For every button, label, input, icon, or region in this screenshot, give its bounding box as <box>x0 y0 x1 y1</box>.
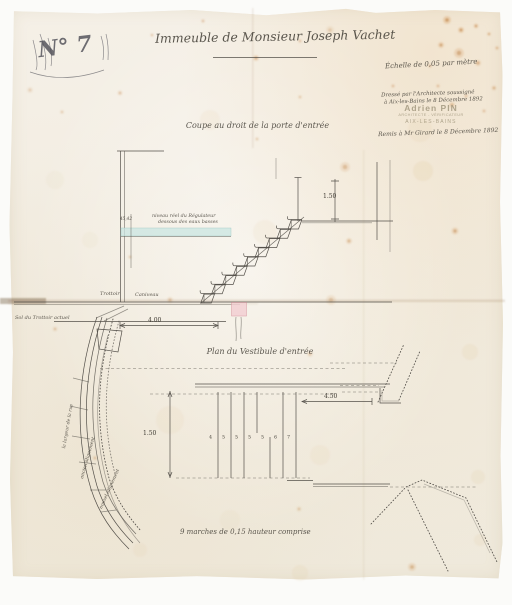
elevation-mark: 45,42 <box>120 216 132 221</box>
plan-width-dim: 4.50 <box>324 393 337 400</box>
street-level-label: Sol du Trottoir actuel <box>15 315 70 321</box>
ground-label-caniveau: Caniveau <box>135 292 159 298</box>
plan-title: Plan du Vestibule d'entrée <box>190 347 330 356</box>
plan-depth-dim: 1.50 <box>143 430 156 437</box>
ground-label-trottoir: Trottoir <box>100 291 120 297</box>
scanned-plan-page: 4555567 <box>0 0 512 605</box>
architect-stamp-city: AIX-LES-BAINS <box>392 119 470 125</box>
architect-stamp-name: Adrien PIN <box>392 103 470 113</box>
steps-note: 9 marches de 0,15 hauteur comprise <box>180 528 311 536</box>
architect-stamp-role: ARCHITECTE - VÉRIFICATEUR <box>392 113 470 117</box>
section-width-dim: 4.00 <box>148 317 161 324</box>
water-label-line2: dessous des eaux basses <box>158 220 218 225</box>
section-height-dim: 1.50 <box>323 193 336 200</box>
water-label-line1: niveau réel du Régulateur <box>152 214 216 219</box>
section-title: Coupe au droit de la porte d'entrée <box>185 121 330 130</box>
